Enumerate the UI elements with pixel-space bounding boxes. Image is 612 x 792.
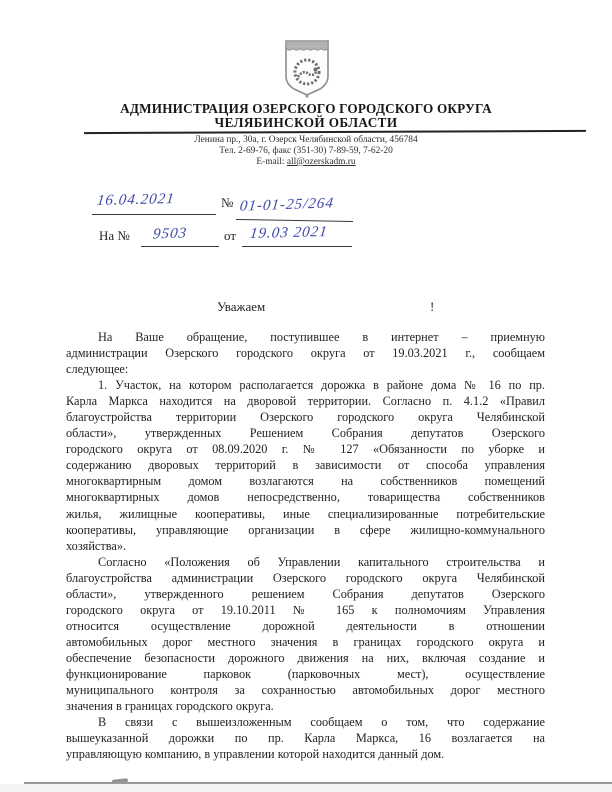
body-line: благоустройства территории Озерского гор… (66, 409, 545, 425)
scanned-letter-page: АДМИНИСТРАЦИЯ ОЗЕРСКОГО ГОРОДСКОГО ОКРУГ… (0, 0, 612, 792)
org-phone: Тел. 2-69-76, факс (351-30) 7-89-59, 7-6… (0, 146, 612, 156)
body-line: многоквартирных домов непосредственно, т… (66, 489, 545, 505)
body-line: кооперативы, управляющие организации в с… (66, 522, 545, 538)
number-label: № (221, 195, 233, 211)
body-line: благоустройства администрации Озерского … (66, 570, 545, 586)
org-address: Ленина пр., 30а, г. Озерск Челябинской о… (0, 135, 612, 145)
body-line: области», утвержденных Решением Собрания… (66, 425, 545, 441)
body-line: автомобильных дорог местного значения в … (66, 634, 545, 650)
paragraph-3: В связи с вышеизложенным сообщаем о том,… (66, 714, 545, 762)
body-line: На Ваше обращение, поступившее в интерне… (66, 329, 545, 345)
body-line: Карла Маркса находится на дворовой терри… (66, 393, 545, 409)
body-line: содержанию дворовых территорий в зависим… (66, 457, 545, 473)
body-line: 1. Участок, на котором располагается дор… (66, 377, 545, 393)
letter-body: На Ваше обращение, поступившее в интерне… (66, 329, 545, 762)
org-name-line2: ЧЕЛЯБИНСКОЙ ОБЛАСТИ (0, 115, 612, 131)
handwritten-outgoing-date: 16.04.2021 (96, 191, 176, 210)
body-line: муниципального контроля за сохранностью … (66, 682, 545, 698)
body-line: вышеуказанной дорожки по пр. Карла Маркс… (66, 730, 545, 746)
body-line: функционирование парковок (парковочных м… (66, 666, 545, 682)
paragraph-1: 1. Участок, на котором располагается дор… (66, 377, 545, 554)
date-underline (92, 214, 216, 215)
body-line: относится осуществление дорожной деятель… (66, 618, 545, 634)
scan-edge-band (0, 784, 612, 792)
org-email-line: E-mail: all@ozerskadm.ru (0, 157, 612, 167)
body-line: администрации Озерского городского округ… (66, 345, 545, 361)
body-line: городского округа от 19.10.2011 № 165 к … (66, 602, 545, 618)
salutation-exclamation: ! (430, 299, 434, 315)
reply-to-label: На № (99, 228, 130, 244)
paragraph-2: Согласно «Положения об Управлении капита… (66, 554, 545, 714)
handwritten-reply-date: 19.03 2021 (249, 224, 329, 243)
body-line: хозяйства». (66, 538, 545, 554)
body-line: В связи с вышеизложенным сообщаем о том,… (66, 714, 545, 730)
body-line: следующее: (66, 361, 545, 377)
email-address: all@ozerskadm.ru (287, 157, 356, 167)
body-line: многоквартирным домом возлагаются на соб… (66, 473, 545, 489)
number-underline (236, 219, 353, 222)
handwritten-reply-number: 9503 (152, 225, 188, 243)
body-line: области», утвержденного решением Собрани… (66, 586, 545, 602)
reply-number-underline (141, 246, 219, 247)
salutation-word: Уважаем (217, 299, 265, 315)
reply-date-label: от (224, 228, 236, 244)
body-line: городского округа от 08.09.2020 г. № 127… (66, 441, 545, 457)
body-line: Согласно «Положения об Управлении капита… (66, 554, 545, 570)
body-line: управляющую компанию, в управлении котор… (66, 746, 545, 762)
body-line: обеспечение безопасности дорожного движе… (66, 650, 545, 666)
reply-date-underline (242, 246, 352, 247)
handwritten-outgoing-number: 01-01-25/264 (239, 195, 335, 215)
salutation-row: Уважаем ! (0, 299, 612, 316)
coat-of-arms-icon (284, 40, 330, 98)
body-line: жилья, жилищные кооперативы, иные специа… (66, 506, 545, 522)
body-line: значения в границах городского округа. (66, 698, 545, 714)
email-label: E-mail: (256, 157, 286, 167)
paragraph-intro: На Ваше обращение, поступившее в интерне… (66, 329, 545, 377)
